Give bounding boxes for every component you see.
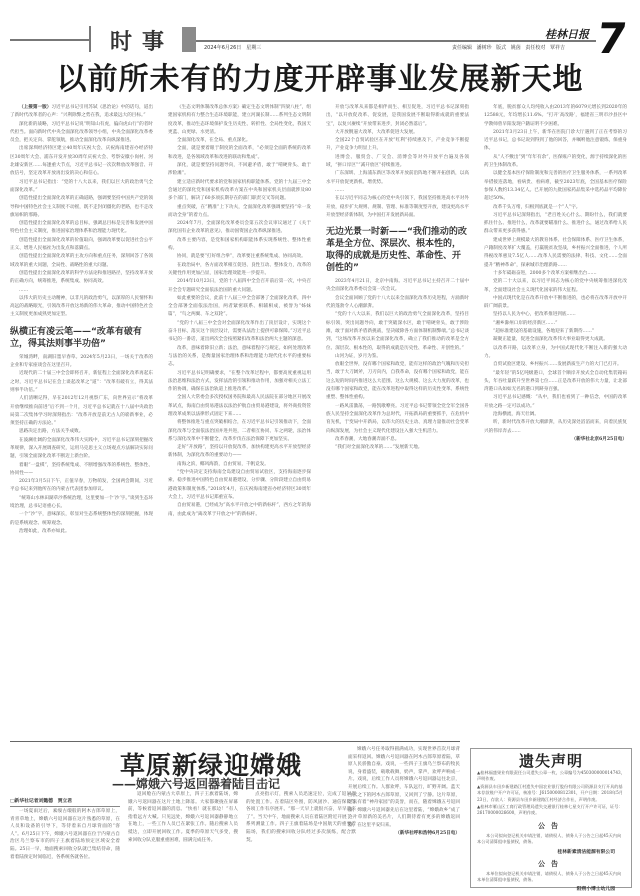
- issue-date: 2024年6月26日 星期三: [204, 44, 261, 51]
- paragraph: 改革春潮，大地春潮奔涌不息。: [326, 436, 469, 444]
- lost-notice-item: ▲桂林福盛果业有限责任公司遗失公章一枚，公章编号为450300000014743…: [477, 770, 625, 783]
- paragraph: “党的十八届三中全会对全面深化改革作出了顶层设计，实现这个奋斗目标，落实这个顶层…: [168, 320, 311, 345]
- paragraph: 在以习近平同志为核心的党中央引领下，我国坚持推进高水平对外开放，稳步扩大规则、规…: [326, 195, 469, 220]
- paragraph: （上接第一版）习近平总书记引用苏轼《思治论》中的话句，道出了新时代改革者的心声：…: [10, 104, 153, 121]
- paragraph: “党的十八大以来，我们以巨大的政治勇气全面深化改革，坚持目标引领，突出问题导向，…: [326, 311, 469, 352]
- continued-from-label: （上接第一版）: [19, 105, 51, 110]
- byline: □新华社记者刘懿德 贾立君: [10, 797, 120, 807]
- paragraph: 嫦娥六号任务取得圆满成功，实现世界首次月球背面采样返回。嫦娥六号返回器在阿木古郎…: [348, 746, 460, 830]
- article-column-1: （上接第一版）习近平总书记引用苏轼《思治论》中的话句，道出了新时代改革者的心声：…: [10, 104, 153, 722]
- lost-notice-title: 遗失声明: [477, 752, 625, 770]
- paragraph: 习近平总书记指出：“党的十八大以来，我们以巨大的政治勇气全面深化改革。”: [10, 179, 153, 196]
- paragraph: 2014年10月23日，党的十八届四中全会召开前后第一次，中央召开全会专题研究全…: [168, 278, 311, 295]
- paragraph: 昕，新时代改革开放大潮澎湃，从历史深处滔滔而来，向着民族复兴的伟岸奔去……: [484, 419, 627, 436]
- paragraph: 荣城湾畔，南湖旧墨早春草。2024年5月23日，一场关于改革的企业和专家座谈会在…: [10, 354, 153, 371]
- paragraph: 习近平总书记深刻指出，“老百姓关心什么、期盼什么，我们就要抓住什么、推进什么，改…: [484, 212, 627, 237]
- paragraph: 出席深圳经济特区建立40周年庆祝大会、庆祝海南建省办经济特区30周年大会、浦东开…: [10, 145, 153, 178]
- section-title: 时事: [110, 25, 174, 56]
- dateline-credit: （新华社北京6月25日电）: [484, 436, 627, 444]
- paragraph: 在波澜壮阔的全面深化改革伟大实践中，习近平总书记深刻把握改革规律，深入开展调查研…: [10, 437, 153, 462]
- paragraph: 坚持以人民为中心，把改革推进到底……: [484, 311, 627, 319]
- paragraph: 全国人大常委会多次授权国务院和最高人民法院在部分地区开展改革试点，海南自由贸易港…: [168, 394, 311, 419]
- paragraph: 2021年3月23日上午，新华在医院门诊大厅遇到了正在考察的习近平总书记，总书记…: [484, 129, 627, 154]
- paragraph: “最年轻”的5亿吨级港口，全球首个顺岸开放式全自动化集装箱码头，年吞吐量跃升至世…: [484, 370, 627, 395]
- lost-notice-item: ▲桂林市雁山区工商行政管理局遗失交通银行桂林七星支行开户许可证，证号：26170…: [477, 804, 625, 817]
- paragraph: 创造性提出全面深化改革的总目标，强调总目标是完善和发展中国特色社会主义制度，推进…: [10, 220, 153, 237]
- paragraph: “党中央决定支持海南全岛建设自由贸易试验区，支持海南逐步探索、稳步推进中国特色自…: [168, 469, 311, 502]
- paragraph: 放眼全世界，没有哪个国家和政党，能有这样的政治气魄和历史担当，敢于大刀阔斧，刀刃…: [326, 361, 469, 402]
- paragraph: 党的二十大以来，以习近平同志为核心的党中央统筹推进深化改革，全面建设社会主义现代…: [484, 278, 627, 295]
- paragraph: 南海之滨，椰风海韵，自由贸易，千帆竞发。: [168, 461, 311, 469]
- paragraph: 返回舱在内蒙古大草原上，四子王旗着陆场，嫦娥六号返回器在这片土地上降落。大家都聚…: [128, 791, 238, 844]
- section-divider: [10, 741, 460, 742]
- announcement-title: 公告: [477, 859, 625, 869]
- paragraph: 年底，脱贫群众人均纯收入由2013年的6079元增长到2020年的12588元，…: [484, 104, 627, 129]
- article-column-4: 年底，脱贫群众人均纯收入由2013年的6079元增长到2020年的12588元，…: [484, 104, 627, 722]
- paragraph: 凝聚正能量，促进全面深化改革伟大事业取得更大成就。: [484, 336, 627, 344]
- paragraph: 习近平总书记感慨：“从中，我们也看到了一种信念，中国的改革开放之路一定可以成功。…: [484, 394, 627, 411]
- paragraph: 创造性提出全面深化改革的科学方法论和推进路径，坚持改革开放的正确方向，统筹推进，…: [10, 270, 153, 287]
- paragraph: 2024年7月，全面深化改革委员会第五次会议审议通过了《关于深化国有企业改革的意…: [168, 220, 311, 237]
- paragraph: 以改革开路，以改革立身，为中国式现代化不断注入新的强大动力。: [484, 345, 627, 362]
- paragraph: 山河为证，岁月为鉴。: [326, 353, 469, 361]
- masthead-rule: [196, 40, 596, 42]
- story-column-1: 一场夏雨过后，素缦古缎般的阿木古郎草原上，青青草地上，嫦娥六号返回器在这片熟悉的…: [10, 808, 120, 884]
- story-column-2: 返回舱在内蒙古大草原上，四子王旗着陆场，嫦娥六号返回器在这片土地上降落。大家都聚…: [128, 791, 238, 885]
- paragraph: 会议全面回顾了党的十八大以来全面深化改革历史进程，方涌新时代的蓬勃令人心潮澎湃。: [326, 295, 469, 312]
- paragraph: 近现代的二十届三中全会即将召开，新征程上全面深化改革再起东之时，习近平总书记在会…: [10, 370, 153, 395]
- paragraph: 建成世界上规模最大的教育体系、社会保障体系、医疗卫生体系，户籍制度改革扩大覆盖，…: [484, 237, 627, 270]
- paragraph: 自由贸易港，已经成为“高水平开放之中的新标杆”，西方之年的海南，由此成为“离改革…: [168, 502, 311, 519]
- paragraph: 如此重要的会议，此前十八届三中全会部署了全面深化改革，四中全会部署全面依法治国，…: [168, 295, 311, 320]
- lost-notice-item: ▲资源县车田乡新建路江村遗失中国农业银行股份有限公司资源县支行开具的基本存款账户…: [477, 784, 625, 803]
- paragraph: 一路风雷激荡，一路凯歌嘹亮。习近平总书记带领全党全军全国各族人民坚持全面深化改革…: [326, 403, 469, 436]
- paragraph: 在政治局中，各方面改革相互促进、良性互动、整体发力，改革的关键性作用更加凸显，国…: [168, 262, 311, 279]
- paragraph: 一场夏雨过后，素缦古缎般的阿木古郎草原上，青青草地上，嫦娥六号返回器在这片熟悉的…: [10, 808, 120, 861]
- article-column-3: 开放与改革从来都是相伴而生、相互促进，习近平总书记深刻指出，“以开放促改革、促发…: [326, 104, 469, 722]
- paragraph: 着眼“一盘棋”，坚持系统集成、不断增强改革的系统性、整体性、协同性——: [10, 462, 153, 479]
- paragraph: 创造性提出全面深化改革的正确道路，强调要坚持中国共产党的领导和中国特色社会主义制…: [10, 195, 153, 220]
- paragraph: 改革千头万绪，归根到底就是一个“人”字。: [484, 204, 627, 212]
- paragraph: 治理如此，改革亦如此。: [10, 528, 153, 536]
- main-headline: 以前所未有的力度开辟事业发展新天地: [0, 60, 640, 100]
- paragraph: 改革，意味着除旧立新；法治，意味着程序与规定。如何处理改革与法治的关系，是衡量国…: [168, 345, 311, 370]
- paragraph: “统筹山水林田湖草沙系统治理，这里要加一个‘沙’字。”谈到生态环境治理，总书记语…: [10, 495, 153, 512]
- paragraph: 沧海横流，海天壮阔。: [484, 411, 627, 419]
- paragraph: 大开放倒逼大改革，大改革促进大发展。: [326, 129, 469, 137]
- paragraph: “超标准建设的基础设施，各地迎来了新期待……”: [484, 328, 627, 336]
- paragraph: 《生态文明体制改革总体方案》确定生态文明体制“四梁八柱”，组建国家机构有力整合生…: [168, 104, 311, 137]
- paragraph: 将整体推进与重点突破相结合，在习近平总书记引领推动下，全面深化改革与全面依法治国…: [168, 419, 311, 444]
- paragraph: 全面深化改革，在全局、重点深化。: [168, 137, 311, 145]
- classified-notices-box: 遗失声明 ▲桂林福盛果业有限责任公司遗失公章一枚，公章编号为4503000000…: [470, 748, 632, 888]
- paragraph: 开放与改革从来都是相伴而生、相互促进，习近平总书记深刻指出，“以开放促改革、促发…: [326, 104, 469, 129]
- article-column-2: 《生态文明体制改革总体方案》确定生态文明体制“四梁八柱”，组建国家机构有力整合生…: [168, 104, 311, 722]
- paragraph: 重点突破，在“精准”上下功夫，全面深化改革强调要坚持“牵一发而动全身”的着力点。: [168, 204, 311, 221]
- announcement-signer: 桂林新素清洁能源有限公司: [477, 848, 625, 855]
- paragraph: “我们对全面深化改革的……”发展新天地。: [326, 444, 469, 452]
- masthead: 时事 2024年6月26日 星期三 桂林日报 责任编辑 潘树珍 版式 姚茵 责任…: [0, 0, 640, 56]
- paragraph: 以伟大的历史主动精神，以非凡的政治勇气，以深厚的人民情怀和高远的战略眼光，引领改…: [10, 295, 153, 320]
- paragraph: 创造性提出全面深化改革的价值取向，强调改革要以促进社会公平正义、增进人民福祉为出…: [10, 237, 153, 254]
- story-subtitle: ——嫦娥六号返回器着陆目击记: [112, 775, 280, 792]
- announcement-body: 本公司拟向登记机关申请注销，请债权人、债务人于公告之日起45天内向本公司清算组申…: [477, 833, 625, 846]
- paragraph: 走好“开放路”，坚持以开放促改革，加快构建更高水平开放型经济新体制，为深化改革的…: [168, 444, 311, 461]
- announcement-body: 本单位拟向登记机关申请注销，请债权人、债务人于公告之日起45天内向本单位清算组申…: [477, 871, 625, 884]
- paragraph: 深化，就是要坚持问题导向，不回避矛盾，敢于“啃硬骨头、敢于涉险滩”。: [168, 162, 311, 179]
- subheading: 纵横正有凌云笔——“改革有破有立，得其法则事半功倍”: [10, 326, 153, 350]
- paragraph: 全面，就是要着眼于制度的全面改革，“必须是全面的系统的改革和改进，是各领域改革和…: [168, 145, 311, 162]
- subheading: 无边光景一时新——“我们推动的改革是全方位、深层次、根本性的，取得的成就是历史性…: [326, 226, 469, 274]
- editor-credits: 责任编辑 潘树珍 版式 姚茵 责任校对 覃祥吉: [452, 44, 565, 51]
- paragraph: 2021年3月5日下午，正值早春，万物萌发，全国两会期间，习近平总书记来到他所在…: [10, 478, 153, 495]
- paragraph: 全国22个自贸试验区在开放“红利”持续惠及下，产业竞争不断提升，产业竞争力明显上…: [326, 137, 469, 154]
- section-block-marker: [182, 27, 196, 52]
- story-column-3: 点亮指示灯，搜索人员迅速定位，完成了返回器的处置工作。在着陆区外围，防风固沙、通…: [246, 791, 356, 885]
- paragraph: “湘乡滁州口岸的经济新区……”: [484, 320, 627, 328]
- paragraph: 中国式现代化是在改革开放中不断推进的，也必将在改革开放中开辟广阔前景。: [484, 295, 627, 312]
- page-number: 7: [594, 18, 629, 60]
- paragraph: 进博会、服贸会、广交会、消博会等对外开放平台遍及各领域，“拼口岸区”“减开放区”…: [326, 154, 469, 171]
- paragraph: 建立适应新时代要求的党和国家机构职能体系。党的十九届三中全会通过的深化党和国家机…: [168, 179, 311, 204]
- story-column-4: 嫦娥六号任务取得圆满成功，实现世界首次月球背面采样返回。嫦娥六号返回器在阿木古郎…: [348, 746, 460, 886]
- paragraph: 习近平总书记明确要求，“在整个改革过程中，都要高度重视运用法治思维和法治方式，发…: [168, 370, 311, 395]
- newspaper-logo: 桂林日报: [545, 26, 589, 42]
- dateline-credit: （新华社呼和浩特6月25日电）: [348, 830, 460, 838]
- paragraph: 改革主要内容，是党和国家机构职能体系实现系统性、整体性重构。: [168, 237, 311, 254]
- paragraph: 协同，就是要“打好组合拳”，改革要注重系统集成、协同高效。: [168, 253, 311, 261]
- paragraph: 深化新的战略，习近平总书记说“明知山有虎，偏向虎山行”的者时代担当。面向新时代中…: [10, 121, 153, 146]
- paragraph: 思路决定出路，方法关乎成败。: [10, 428, 153, 436]
- paragraph: 创造性提出全面深化改革的主攻方向和重点任务，深刻回答了各领域改革的重大问题，全局…: [10, 253, 153, 270]
- paragraph: 2023年4月21日，北京中南海。习近平总书记主持召开二十届中央全面深化改革委员…: [326, 278, 469, 295]
- paragraph: 一个“沙”字，意味深长，彰显对生态系统整体性的深刻把握，体现的是系统观念、统筹观…: [10, 511, 153, 528]
- paragraph: 广东深圳、上海浦东新区等改革开放前沿阵地不断开拓创新，以高水平开放促更新机、增优…: [326, 170, 469, 187]
- paragraph: 从“人不敷出”到“年年有余”，医保账户的变化，源于持续深化的医药卫生体制改革。: [484, 154, 627, 171]
- ellipsis: ……: [10, 287, 153, 295]
- paragraph: 人们清晰记得，早在2012年12月视察广东，向世界宣示“将改革开放继续推向前进”…: [10, 395, 153, 428]
- announcement-signer: 阳朔小博士幼儿园: [477, 885, 625, 892]
- ellipsis: ……: [326, 187, 469, 195]
- masthead-tick: [89, 26, 91, 52]
- main-article: （上接第一版）习近平总书记引用苏轼《思治论》中的话句，道出了新时代改革者的心声：…: [10, 104, 630, 722]
- paragraph: 以健全基本医疗保险制度和完善的医疗卫生服务体系，一系列改革举措接连落地，看病贵、…: [484, 170, 627, 203]
- paragraph: 自贸试验区建设、乡村振兴……发展新质生产力的大门已打开。: [484, 361, 627, 369]
- masthead-rule-left: [10, 39, 90, 41]
- announcement-title: 公告: [477, 821, 625, 831]
- paragraph: 点亮指示灯，搜索人员迅速定位，完成了返回器的处置工作。在着陆区外围，防风固沙、通…: [246, 791, 356, 844]
- paragraph: 十多年砥砺奋进，2000多个改革方案相继出台……: [484, 270, 627, 278]
